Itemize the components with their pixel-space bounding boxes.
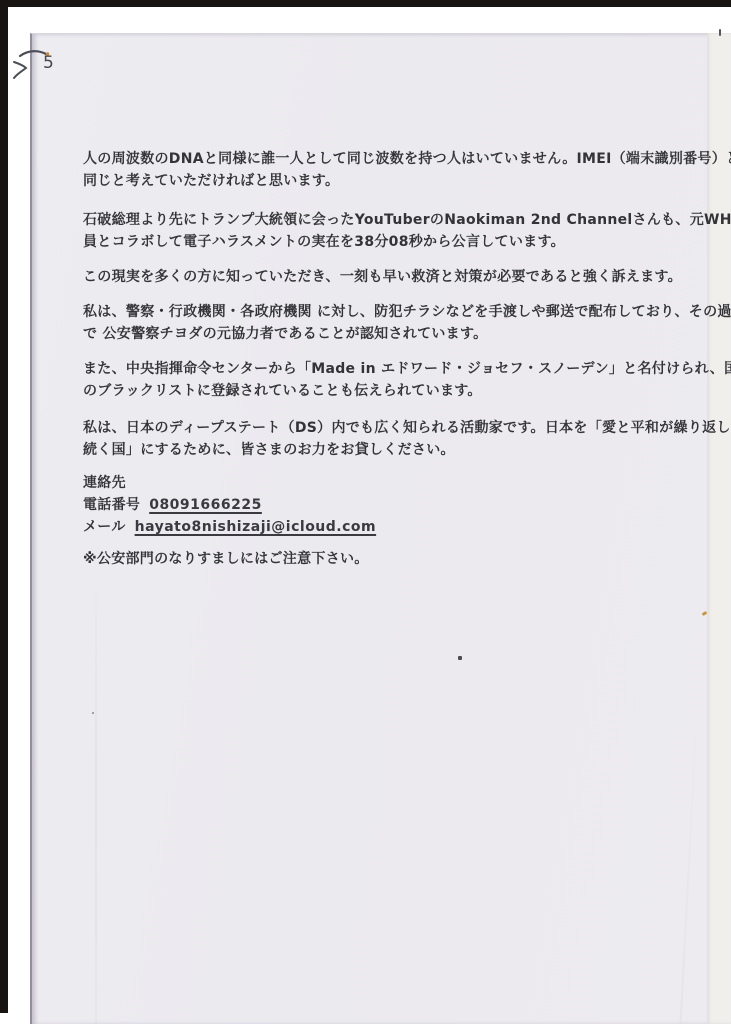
scan-speck	[458, 656, 462, 660]
page-number: 5	[43, 53, 54, 73]
paragraph: この現実を多くの方に知っていただき、一刻も早い救済と対策が必要であると強く訴えま…	[83, 266, 683, 288]
text-line: のブラックリストに登録されていることも伝えられています。	[83, 380, 683, 402]
paragraph: 私は、警察・行政機関・各政府機関 に対し、防犯チラシなどを手渡しや郵送で配布して…	[83, 301, 683, 345]
text-line: 同じと考えていただければと思います。	[83, 170, 683, 192]
scanned-page: 5 人の周波数のDNAと同様に誰一人として同じ波数を持つ人はいていません。IME…	[0, 0, 731, 1024]
contact-block: 連絡先 電話番号08091666225 メールhayato8nishizaji@…	[83, 472, 683, 538]
text-line: 人の周波数のDNAと同様に誰一人として同じ波数を持つ人はいていません。IMEI（…	[83, 148, 683, 170]
document-body: 人の周波数のDNAと同様に誰一人として同じ波数を持つ人はいていません。IMEI（…	[83, 148, 683, 570]
handwritten-checkmark-icon	[12, 40, 72, 85]
text-line: 員とコラボして電子ハラスメントの実在を38分08秒から公言しています。	[83, 231, 683, 253]
paragraph: また、中央指揮命令センターから「Made in エドワード・ジョセフ・スノーデン…	[83, 358, 683, 402]
paper-crease	[95, 540, 97, 1024]
paragraph: 石破総理より先にトランプ大統領に会ったYouTuberのNaokiman 2nd…	[83, 209, 683, 253]
text-line: 私は、警察・行政機関・各政府機関 に対し、防犯チラシなどを手渡しや郵送で配布して…	[83, 301, 683, 323]
email-label: メール	[83, 519, 126, 535]
text-line: 私は、日本のディープステート（DS）内でも広く知られる活動家です。日本を「愛と平…	[83, 417, 683, 439]
phone-link[interactable]: 08091666225	[149, 497, 262, 513]
email-line: メールhayato8nishizaji@icloud.com	[83, 516, 683, 538]
caution-note: ※公安部門のなりすましにはご注意下さい。	[83, 548, 683, 570]
scanner-edge-top	[0, 0, 731, 7]
scan-speck	[719, 29, 721, 36]
scan-speck	[92, 712, 94, 714]
scanner-edge-left	[0, 7, 8, 1013]
email-link[interactable]: hayato8nishizaji@icloud.com	[135, 519, 377, 535]
text-line: また、中央指揮命令センターから「Made in エドワード・ジョセフ・スノーデン…	[83, 358, 683, 380]
text-line: この現実を多くの方に知っていただき、一刻も早い救済と対策が必要であると強く訴えま…	[83, 266, 683, 288]
text-line: 石破総理より先にトランプ大統領に会ったYouTuberのNaokiman 2nd…	[83, 209, 683, 231]
phone-label: 電話番号	[83, 497, 140, 513]
phone-line: 電話番号08091666225	[83, 494, 683, 516]
paragraph: 私は、日本のディープステート（DS）内でも広く知られる活動家です。日本を「愛と平…	[83, 417, 683, 461]
text-line: で 公安警察チヨダの元協力者であることが認知されています。	[83, 323, 683, 345]
contact-heading: 連絡先	[83, 472, 683, 494]
scanner-background-right	[707, 33, 731, 1024]
text-line: 続く国」にするために、皆さまのお力をお貸しください。	[83, 439, 683, 461]
paragraph: 人の周波数のDNAと同様に誰一人として同じ波数を持つ人はいていません。IMEI（…	[83, 148, 683, 192]
